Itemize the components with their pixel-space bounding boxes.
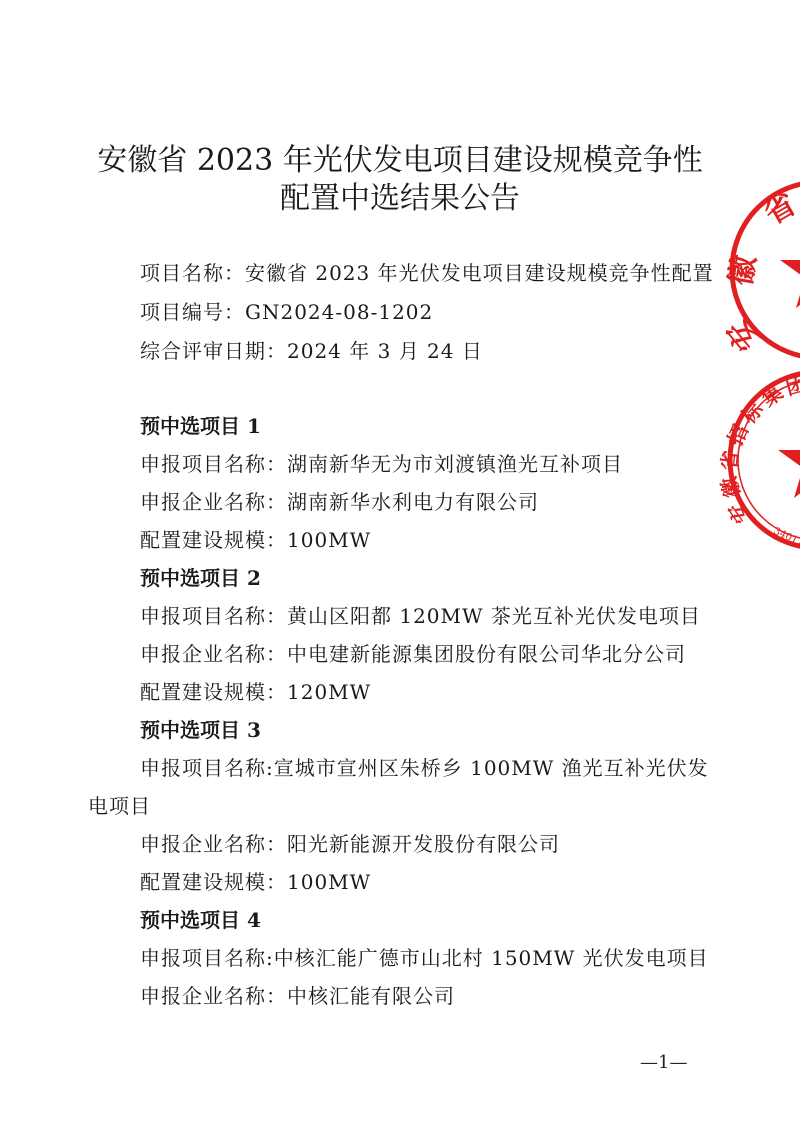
meta-review-date: 综合评审日期：2024 年 3 月 24 日 (140, 335, 483, 364)
svg-text:安: 安 (720, 312, 766, 357)
svg-text:徽: 徽 (723, 253, 763, 289)
project-2-scale: 配置建设规模：120MW (140, 676, 371, 705)
project-2-name: 申报项目名称：黄山区阳都 120MW 茶光互补光伏发电项目 (140, 600, 701, 629)
project-3-company: 申报企业名称：阳光新能源开发股份有限公司 (140, 828, 560, 857)
project-4-heading: 预中选项目 4 (140, 904, 261, 933)
bidding-group-seal-icon: 团 集 标 招 省 徽 安 340111 (718, 365, 800, 565)
project-4-name: 申报项目名称:中核汇能广德市山北村 150MW 光伏发电项目 (140, 942, 709, 971)
svg-text:招: 招 (723, 421, 753, 449)
project-1-company: 申报企业名称：湖南新华水利电力有限公司 (140, 486, 539, 515)
project-1-name: 申报项目名称：湖南新华无为市刘渡镇渔光互补项目 (140, 448, 623, 477)
project-1-scale: 配置建设规模：100MW (140, 524, 371, 553)
project-3-heading: 预中选项目 3 (140, 714, 261, 743)
page-number: —1— (640, 1052, 687, 1073)
meta-project-number: 项目编号：GN2024-08-1202 (140, 296, 433, 325)
svg-text:集: 集 (757, 380, 787, 411)
project-2-company: 申报企业名称：中电建新能源集团股份有限公司华北分公司 (140, 638, 686, 667)
svg-text:省: 省 (759, 187, 800, 232)
project-3-scale: 配置建设规模：100MW (140, 866, 371, 895)
project-2-heading: 预中选项目 2 (140, 562, 261, 591)
official-seal-icon: 省 徽 安 (720, 175, 800, 365)
svg-text:团: 团 (783, 371, 800, 399)
svg-text:省: 省 (718, 449, 743, 471)
project-1-heading: 预中选项目 1 (140, 410, 261, 439)
meta-project-name: 项目名称：安徽省 2023 年光伏发电项目建设规模竞争性配置 (140, 257, 714, 286)
project-3-name: 申报项目名称:宣城市宣州区朱桥乡 100MW 渔光互补光伏发 (140, 752, 709, 781)
document-title-line-2: 配置中选结果公告 (0, 173, 800, 217)
project-3-name-continued: 电项目 (88, 790, 151, 819)
project-4-company: 申报企业名称：中核汇能有限公司 (140, 980, 455, 1009)
